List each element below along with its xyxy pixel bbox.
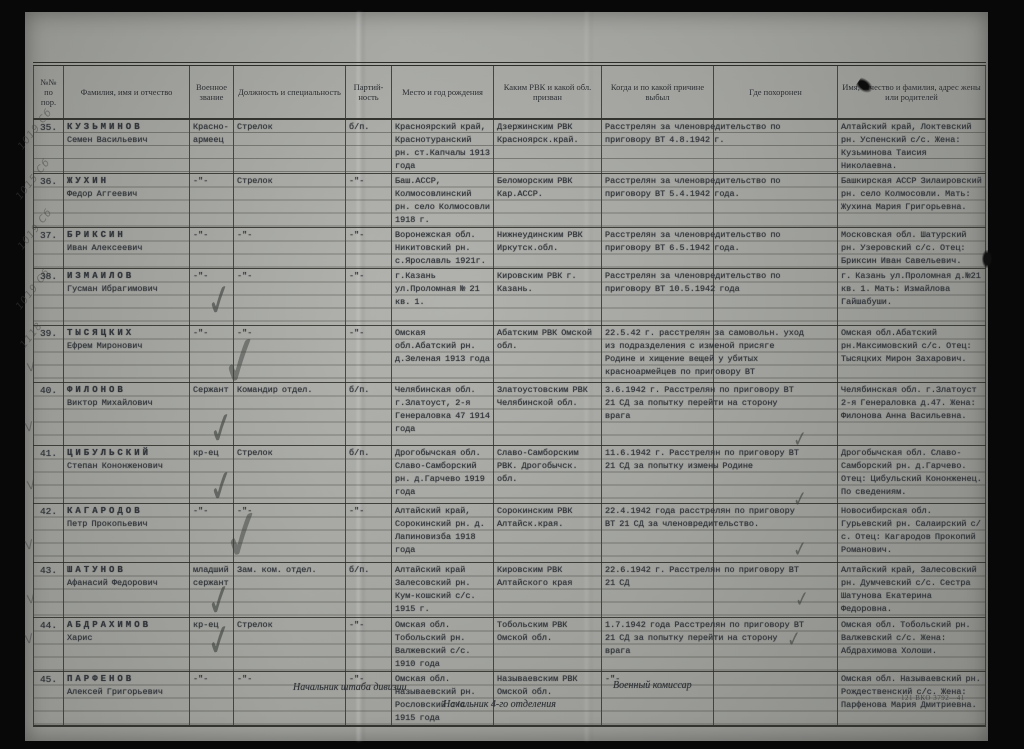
col-header-loss-cause: Когда и по какой причине выбыл — [602, 64, 714, 119]
cell-birthplace: Омская обл.Абатский рн. д.Зеленая 1913 г… — [392, 326, 494, 383]
cell-name: БРИКСИНИван Алексеевич — [64, 228, 190, 269]
cell-name: ТЫСЯЦКИХЕфрем Миронович — [64, 326, 190, 383]
cell-party: -"- — [346, 504, 392, 563]
cell-birthplace: Омская обл. Тобольский рн. Валжевский с/… — [392, 618, 494, 672]
cell-loss-cause: 1.7.1942 года Расстрелян по приговору ВТ… — [602, 618, 714, 672]
cell-family-address: Омская обл. Тобольский рн. Валжевский с/… — [838, 618, 986, 672]
cell-party: б/п. — [346, 383, 392, 446]
cell-loss-cause: 3.6.1942 г. Расстрелян по приговору ВТ 2… — [602, 383, 714, 446]
cell-position: Командир отдел. — [234, 383, 346, 446]
cell-number: 41. — [34, 446, 64, 504]
cell-birthplace: Баш.АССР, Колмосовлинский рн. село Колмо… — [392, 174, 494, 228]
cell-family-address: Новосибирская обл. Гурьевский рн. Салаир… — [838, 504, 986, 563]
cell-birthplace: Алтайский край, Сорокинский рн. д. Лапин… — [392, 504, 494, 563]
cell-number: 36. — [34, 174, 64, 228]
cell-rvk: Тобольским РВК Омской обл. — [494, 618, 602, 672]
cell-loss-cause: -"- — [602, 672, 714, 727]
col-header-burial: Где похоронен — [714, 64, 838, 119]
cell-number: 43. — [34, 563, 64, 618]
cell-loss-cause: 22.5.42 г. расстрелян за самовольн. уход… — [602, 326, 714, 383]
cell-rank: младший сержант — [190, 563, 234, 618]
cell-number: 37. — [34, 228, 64, 269]
table-row: 42. КАГАРОДОВПетр Прокопьевич -"- -"- -"… — [34, 504, 986, 563]
cell-position: -"- — [234, 672, 346, 727]
cell-rank: -"- — [190, 326, 234, 383]
cell-name: ФИЛОНОВВиктор Михайлович — [64, 383, 190, 446]
cell-birthplace: Красноярский край, Краснотуранский рн. с… — [392, 119, 494, 174]
cell-birthplace: Воронежская обл. Никитовский рн. с.Яросл… — [392, 228, 494, 269]
cell-number: 42. — [34, 504, 64, 563]
cell-position: Стрелок — [234, 174, 346, 228]
cell-party: -"- — [346, 174, 392, 228]
cell-rvk: Абатским РВК Омской обл. — [494, 326, 602, 383]
col-header-birthplace: Место и год рождения — [392, 64, 494, 119]
cell-rvk: Дзержинским РВК Красноярск.край. — [494, 119, 602, 174]
cell-family-address: Башкирская АССР Зилаировский рн. село Ко… — [838, 174, 986, 228]
col-header-rvk: Каким РВК и какой обл. призван — [494, 64, 602, 119]
signature-chief-of-staff: Начальник штаба дивизии — [293, 682, 407, 693]
cell-family-address: г. Казань ул.Проломная д.№21 кв. 1. Мать… — [838, 269, 986, 326]
cell-rank: Сержант — [190, 383, 234, 446]
cell-name: ЖУХИНФедор Аггеевич — [64, 174, 190, 228]
col-header-rank: Военное звание — [190, 64, 234, 119]
cell-family-address: Челябинская обл. г.Златоуст 2-я Генерало… — [838, 383, 986, 446]
cell-position: Стрелок — [234, 446, 346, 504]
cell-name: ЦИБУЛЬСКИЙСтепан Кононженович — [64, 446, 190, 504]
cell-loss-cause: Расстрелян за членовредительство по приг… — [602, 119, 714, 174]
cell-party: б/п. — [346, 563, 392, 618]
table-row: 37. БРИКСИНИван Алексеевич -"- -"- -"- В… — [34, 228, 986, 269]
col-header-family-address: Имя, отчество и фамилия, адрес жены или … — [838, 64, 986, 119]
cell-number: 35. — [34, 119, 64, 174]
cell-rvk: Сорокинским РВК Алтайск.края. — [494, 504, 602, 563]
cell-position: -"- — [234, 228, 346, 269]
cell-party: -"- — [346, 228, 392, 269]
cell-loss-cause: Расстрелян за членовредительство по приг… — [602, 174, 714, 228]
cell-rvk: Нижнеудинским РВК Иркутск.обл. — [494, 228, 602, 269]
cell-party: -"- — [346, 672, 392, 727]
table-header: №№ по пор. Фамилия, имя и отчество Военн… — [34, 64, 986, 119]
table-row: 39. ТЫСЯЦКИХЕфрем Миронович -"- -"- -"- … — [34, 326, 986, 383]
cell-rvk: Кировским РВК Алтайского края — [494, 563, 602, 618]
edge-ink-blot — [982, 250, 992, 268]
cell-number: 39. — [34, 326, 64, 383]
col-header-number: №№ по пор. — [34, 64, 64, 119]
cell-loss-cause: Расстрелян за членовредительство по приг… — [602, 228, 714, 269]
table-row: 43. ШАТУНОВАфанасий Федорович младший се… — [34, 563, 986, 618]
cell-number: 44. — [34, 618, 64, 672]
cell-name: КУЗЬМИНОВСемен Васильевич — [64, 119, 190, 174]
cell-name: ИЗМАИЛОВГусман Ибрагимович — [64, 269, 190, 326]
table-row: 38. ИЗМАИЛОВГусман Ибрагимович -"- -"- -… — [34, 269, 986, 326]
cell-loss-cause: 11.6.1942 г. Расстрелян по приговору ВТ … — [602, 446, 714, 504]
cell-name: ПАРФЕНОВАлексей Григорьевич — [64, 672, 190, 727]
cell-family-address: Омская обл.Абатский рн.Максимовский с/с.… — [838, 326, 986, 383]
cell-party: б/п. — [346, 119, 392, 174]
signature-4th-section-chief: Начальник 4-го отделения — [443, 699, 556, 710]
col-header-position: Должность и специальность — [234, 64, 346, 119]
cell-family-address: Московская обл. Шатурский рн. Узеровский… — [838, 228, 986, 269]
casualty-roster-table: №№ по пор. Фамилия, имя и отчество Военн… — [33, 62, 986, 727]
cell-name: КАГАРОДОВПетр Прокопьевич — [64, 504, 190, 563]
col-header-party: Партий- ность — [346, 64, 392, 119]
cell-position: Зам. ком. отдел. — [234, 563, 346, 618]
cell-rvk: Славо-Самборским РВК. Дрогобычск. обл. — [494, 446, 602, 504]
cell-rank: -"- — [190, 228, 234, 269]
header-row: №№ по пор. Фамилия, имя и отчество Военн… — [34, 64, 986, 119]
cell-name: АБДРАХИМОВХарис — [64, 618, 190, 672]
cell-rank: -"- — [190, 174, 234, 228]
cell-loss-cause: 22.6.1942 г. Расстрелян по приговору ВТ … — [602, 563, 714, 618]
cell-rank: -"- — [190, 672, 234, 727]
cell-family-address: Дрогобычская обл. Славо-Самборский рн. д… — [838, 446, 986, 504]
cell-party: -"- — [346, 269, 392, 326]
cell-party: -"- — [346, 326, 392, 383]
cell-position: Стрелок — [234, 119, 346, 174]
cell-number: 45. — [34, 672, 64, 727]
table-row: 35. КУЗЬМИНОВСемен Васильевич Красно- ар… — [34, 119, 986, 174]
cell-loss-cause: Расстрелян за членовредительство по приг… — [602, 269, 714, 326]
cell-family-address: Алтайский край, Локтевский рн. Успенский… — [838, 119, 986, 174]
cell-name: ШАТУНОВАфанасий Федорович — [64, 563, 190, 618]
cell-position: -"- — [234, 269, 346, 326]
cell-party: б/п. — [346, 446, 392, 504]
cell-rank: Красно- армеец — [190, 119, 234, 174]
cell-party: -"- — [346, 618, 392, 672]
cell-rank: кр-ец — [190, 618, 234, 672]
cell-birthplace: г.Казань ул.Проломная № 21 кв. 1. — [392, 269, 494, 326]
scanned-document-page: { "doc": { "kind": "Именной список безво… — [0, 0, 1024, 749]
table-row: 40. ФИЛОНОВВиктор Михайлович Сержант Ком… — [34, 383, 986, 446]
cell-family-address: Алтайский край, Залесовский рн. Думчевск… — [838, 563, 986, 618]
cell-rvk: Златоустовским РВК Челябинской обл. — [494, 383, 602, 446]
cell-rvk: Беломорским РВК Кар.АССР. — [494, 174, 602, 228]
cell-number: 40. — [34, 383, 64, 446]
cell-rank: -"- — [190, 504, 234, 563]
cell-rank: -"- — [190, 269, 234, 326]
table-body: 35. КУЗЬМИНОВСемен Васильевич Красно- ар… — [34, 119, 986, 726]
col-header-name: Фамилия, имя и отчество — [64, 64, 190, 119]
cell-loss-cause: 22.4.1942 года расстрелян по приговору В… — [602, 504, 714, 563]
cell-position: -"- — [234, 504, 346, 563]
cell-birthplace: Челябинская обл. г.Златоуст, 2-я Генерал… — [392, 383, 494, 446]
cell-position: Стрелок — [234, 618, 346, 672]
table-row: 36. ЖУХИНФедор Аггеевич -"- Стрелок -"- … — [34, 174, 986, 228]
cell-rank: кр-ец — [190, 446, 234, 504]
cell-rvk: Кировским РВК г. Казань. — [494, 269, 602, 326]
cell-number: 38. — [34, 269, 64, 326]
print-form-code: 121 ВКО 3792—41 — [901, 694, 965, 702]
table-row: 41. ЦИБУЛЬСКИЙСтепан Кононженович кр-ец … — [34, 446, 986, 504]
cell-birthplace: Дрогобычская обл. Славо-Самборский рн. д… — [392, 446, 494, 504]
cell-birthplace: Алтайский край Залесовский рн. Кум-кошск… — [392, 563, 494, 618]
cell-position: -"- — [234, 326, 346, 383]
table-row: 44. АБДРАХИМОВХарис кр-ец Стрелок -"- Ом… — [34, 618, 986, 672]
paper-sheet: №№ по пор. Фамилия, имя и отчество Военн… — [25, 12, 988, 741]
